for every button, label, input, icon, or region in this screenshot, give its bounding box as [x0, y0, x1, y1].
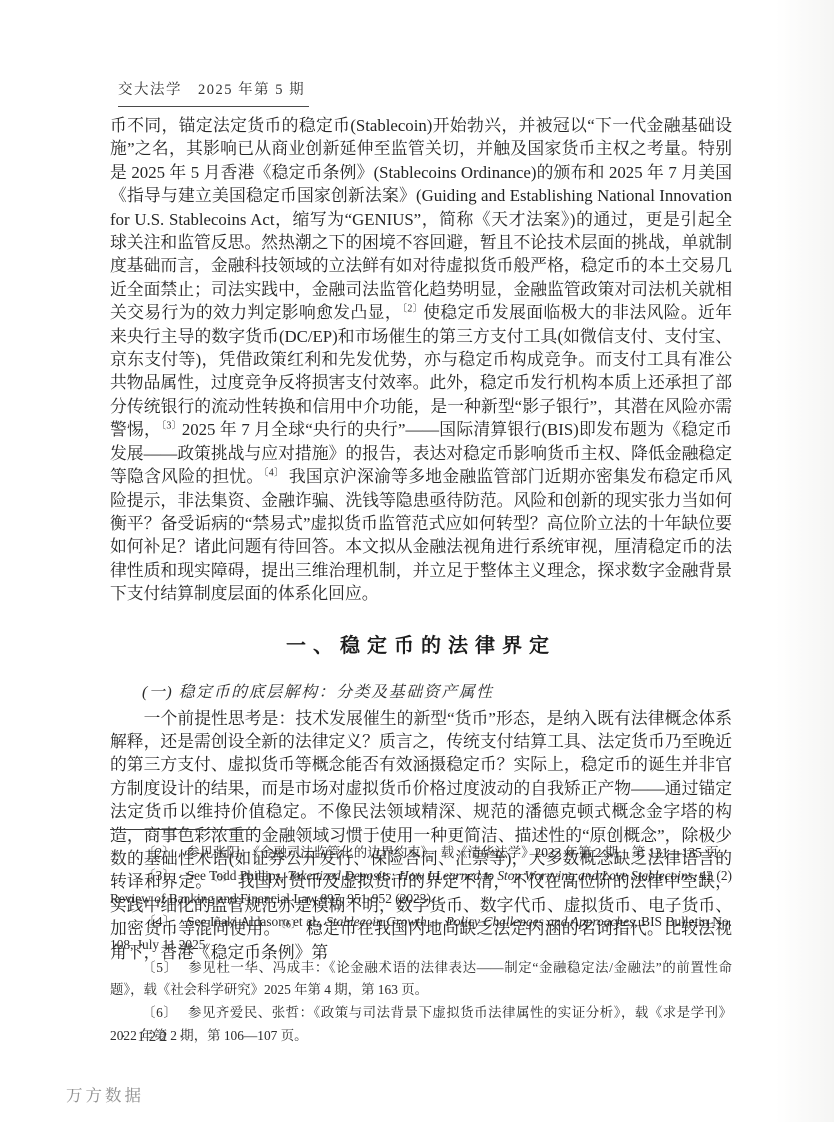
page-number: · 122 · [121, 1029, 188, 1046]
footnote-2-text: 参见张阳：《金融司法监管化的边界约束》，载《清华法学》2023 年第 2 期，第… [186, 845, 732, 860]
paragraph-1-text-4: 我国京沪深渝等多地金融监管部门近期亦密集发布稳定币风险提示，非法集资、金融诈骗、… [110, 467, 732, 603]
footnote-area: 〔2〕参见张阳：《金融司法监管化的边界约束》，载《清华法学》2023 年第 2 … [110, 829, 732, 1048]
footnote-6: 〔6〕参见齐爱民、张哲：《政策与司法背景下虚拟货币法律属性的实证分析》，载《求是… [110, 1002, 732, 1048]
footnote-3-italic: Tokenized Deposits: How I Learned to Sto… [288, 868, 693, 883]
footnote-3: 〔3〕See Todd Phillips, Tokenized Deposits… [110, 865, 732, 911]
footnote-4: 〔4〕See Iñaki Aldasoro et al., Stablecoin… [110, 911, 732, 957]
footnote-4-text: See Iñaki Aldasoro et al., [187, 914, 326, 929]
footnote-4-italic: Stablecoin Growth — Policy Challenges an… [326, 914, 634, 929]
footnote-2: 〔2〕参见张阳：《金融司法监管化的边界约束》，载《清华法学》2023 年第 2 … [110, 842, 732, 865]
footnote-5-marker: 〔5〕 [142, 960, 177, 975]
paragraph-1-text-1: 币不同，锚定法定货币的稳定币(Stablecoin)开始勃兴，并被冠以“下一代金… [110, 116, 732, 322]
footnote-separator-rule [110, 829, 260, 830]
running-head-journal-issue: 交大法学 2025 年第 5 期 [118, 78, 309, 107]
footnote-ref-4: 〔4〕 [264, 468, 285, 479]
footnote-5: 〔5〕参见杜一华、冯成丰：《论金融术语的法律表达——制定“金融稳定法/金融法”的… [110, 957, 732, 1003]
footnote-ref-3: 〔3〕 [161, 421, 182, 432]
footnote-6-marker: 〔6〕 [142, 1005, 177, 1020]
footnote-ref-2: 〔2〕 [402, 304, 423, 315]
footnote-3-marker: 〔3〕 [142, 868, 176, 883]
footnote-6-text: 参见齐爱民、张哲：《政策与司法背景下虚拟货币法律属性的实证分析》，载《求是学刊》… [110, 1005, 732, 1043]
footnote-5-text: 参见杜一华、冯成丰：《论金融术语的法律表达——制定“金融稳定法/金融法”的前置性… [110, 960, 732, 998]
paragraph-1-text-2: 使稳定币发展面临极大的非法风险。近年来央行主导的数字货币(DC/EP)和市场催生… [110, 303, 732, 439]
subsection-heading: (一) 稳定币的底层解构：分类及基础资产属性 [110, 679, 732, 702]
footnote-4-marker: 〔4〕 [142, 914, 176, 929]
wanfang-watermark: 万方数据 [66, 1082, 144, 1106]
section-heading: 一、稳定币的法律界定 [110, 629, 732, 658]
footnote-3-text: See Todd Phillips, [187, 868, 288, 883]
paragraph-continued: 币不同，锚定法定货币的稳定币(Stablecoin)开始勃兴，并被冠以“下一代金… [110, 114, 732, 606]
footnote-2-marker: 〔2〕 [142, 845, 175, 860]
